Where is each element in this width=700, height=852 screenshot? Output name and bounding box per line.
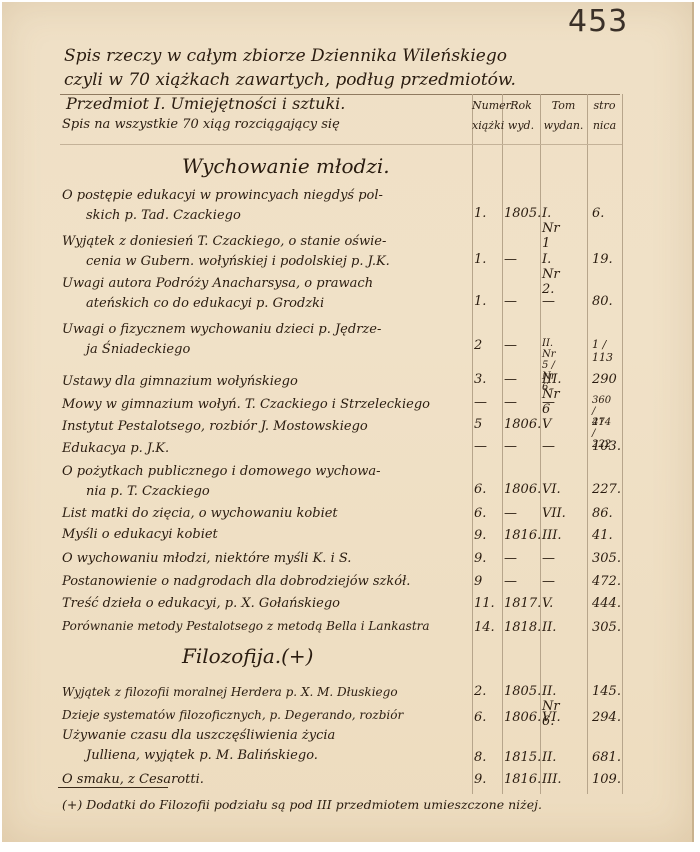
entry-year: 1816.: [504, 772, 541, 787]
entry-year: 1816.: [504, 528, 541, 543]
entry-page: 305.: [592, 620, 621, 635]
entry-year: —: [504, 439, 517, 454]
list-item: Wyjątek z filozofii moralnej Herdera p. …: [62, 682, 482, 702]
list-item: Mowy w gimnazium wołyń. T. Czackiego i S…: [62, 395, 482, 415]
entry-number: 9: [474, 574, 482, 589]
entry-volume: —: [542, 294, 555, 309]
column-divider: [622, 94, 623, 794]
list-item: Myśli o edukacyi kobiet: [62, 525, 482, 545]
list-item: Porównanie metody Pestalotsego z metodą …: [62, 616, 482, 636]
entry-number: 1.: [474, 252, 486, 267]
entry-page: 444.: [592, 596, 621, 611]
entry-page: 19.: [592, 252, 613, 267]
entry-number: 9.: [474, 772, 486, 787]
entry-year: —: [504, 574, 517, 589]
entry-year: —: [504, 551, 517, 566]
entry-volume: —: [542, 395, 555, 410]
entry-volume: VI.: [542, 482, 561, 497]
list-item: Edukacya p. J.K.: [62, 439, 482, 459]
entry-volume: —: [542, 439, 555, 454]
entry-number: 6.: [474, 506, 486, 521]
entry-number: 8.: [474, 750, 486, 765]
entry-year: —: [504, 372, 517, 387]
entry-page: 41.: [592, 528, 613, 543]
entry-number: 6.: [474, 710, 486, 725]
entry-number: 6.: [474, 482, 486, 497]
entry-year: 1805.: [504, 684, 541, 699]
entry-year: —: [504, 294, 517, 309]
page-number: 453: [568, 4, 628, 39]
list-item: Instytut Pestalotsego, rozbiór J. Mostow…: [62, 417, 482, 437]
list-item: Używanie czasu dla uszczęśliwienia życia…: [62, 726, 482, 766]
entry-number: 3.: [474, 372, 486, 387]
list-item: Uwagi autora Podróży Anacharsysa, o praw…: [62, 274, 482, 314]
entry-page: 290: [592, 372, 617, 387]
entry-number: 2.: [474, 684, 486, 699]
entry-volume: II.: [542, 620, 556, 635]
entry-page: 294.: [592, 710, 621, 725]
header-rule: [60, 144, 622, 145]
list-item: Uwagi o fizycznem wychowaniu dzieci p. J…: [62, 320, 482, 360]
list-item: List matki do zięcia, o wychowaniu kobie…: [62, 504, 482, 524]
entry-page: 86.: [592, 506, 613, 521]
entry-volume: VII.: [542, 506, 566, 521]
entry-volume: I. Nr 1: [542, 206, 560, 251]
entry-year: 1806.: [504, 482, 541, 497]
list-item: O pożytkach publicznego i domowego wycho…: [62, 462, 482, 502]
entry-number: 14.: [474, 620, 495, 635]
entry-page: 109.: [592, 772, 621, 787]
entry-year: —: [504, 506, 517, 521]
list-item: Wyjątek z doniesień T. Czackiego, o stan…: [62, 232, 482, 272]
entry-page: 103.: [592, 439, 621, 454]
title-line-2: czyli w 70 xiążkach zawartych, podług pr…: [64, 68, 624, 92]
entry-year: —: [504, 395, 517, 410]
entry-page: 6.: [592, 206, 604, 221]
list-item: Postanowienie o nadgrodach dla dobrodzie…: [62, 572, 482, 592]
column-divider: [587, 94, 588, 794]
entry-volume: —: [542, 574, 555, 589]
entry-volume: —: [542, 551, 555, 566]
entry-page: 1 / 113: [592, 338, 613, 364]
document-title: Spis rzeczy w całym zbiorze Dziennika Wi…: [64, 44, 624, 92]
entry-number: —: [474, 439, 487, 454]
entry-number: 9.: [474, 528, 486, 543]
entry-page: 305.: [592, 551, 621, 566]
entry-number: 5: [474, 417, 482, 432]
subject-subheading: Spis na wszystkie 70 xiąg rozciągający s…: [62, 117, 340, 132]
entry-volume: III.: [542, 528, 562, 543]
entry-volume: I. Nr 2.: [542, 252, 560, 297]
entry-year: 1805.: [504, 206, 541, 221]
entry-number: 2: [474, 338, 482, 353]
entry-volume: III.: [542, 772, 562, 787]
entry-year: 1806.: [504, 417, 541, 432]
footnote: (+) Dodatki do Filozofii podziału są pod…: [62, 797, 542, 812]
entry-page: 227.: [592, 482, 621, 497]
entry-number: 1.: [474, 206, 486, 221]
column-header-number: Numerxiążki: [472, 96, 502, 136]
column-header-page: stronica: [587, 96, 622, 136]
entry-number: —: [474, 395, 487, 410]
entry-volume: V: [542, 417, 551, 432]
column-header-volume: Tomwydan.: [540, 96, 587, 136]
entry-year: 1806.: [504, 710, 541, 725]
entry-number: 1.: [474, 294, 486, 309]
entry-volume: VI.: [542, 710, 561, 725]
entry-year: 1815.: [504, 750, 541, 765]
section-title-education: Wychowanie młodzi.: [182, 154, 390, 178]
entry-page: 145.: [592, 684, 621, 699]
entry-page: 472.: [592, 574, 621, 589]
list-item: O smaku, z Cesarotti.: [62, 770, 482, 790]
list-item: Ustawy dla gimnazium wołyńskiego: [62, 372, 482, 392]
entry-volume: V.: [542, 596, 553, 611]
list-item: Treść dzieła o edukacyi, p. X. Gołańskie…: [62, 594, 482, 614]
entry-year: —: [504, 338, 517, 353]
entry-year: 1818.: [504, 620, 541, 635]
list-item: Dzieje systematów filozoficznych, p. Deg…: [62, 705, 482, 725]
list-item: O wychowaniu młodzi, niektóre myśli K. i…: [62, 549, 482, 569]
entry-volume: II.: [542, 750, 556, 765]
subject-heading: Przedmiot I. Umiejętności i sztuki.: [66, 94, 345, 113]
entry-page: 681.: [592, 750, 621, 765]
entry-year: —: [504, 252, 517, 267]
section-title-philosophy: Filozofija.(+): [182, 644, 313, 668]
column-divider: [502, 94, 503, 794]
entry-year: 1817.: [504, 596, 541, 611]
list-item: O postępie edukacyi w prowincyach niegdy…: [62, 186, 482, 226]
entry-page: 80.: [592, 294, 613, 309]
entry-number: 9.: [474, 551, 486, 566]
entry-number: 11.: [474, 596, 495, 611]
title-line-1: Spis rzeczy w całym zbiorze Dziennika Wi…: [64, 44, 624, 68]
column-header-year: Rokwyd.: [502, 96, 540, 136]
